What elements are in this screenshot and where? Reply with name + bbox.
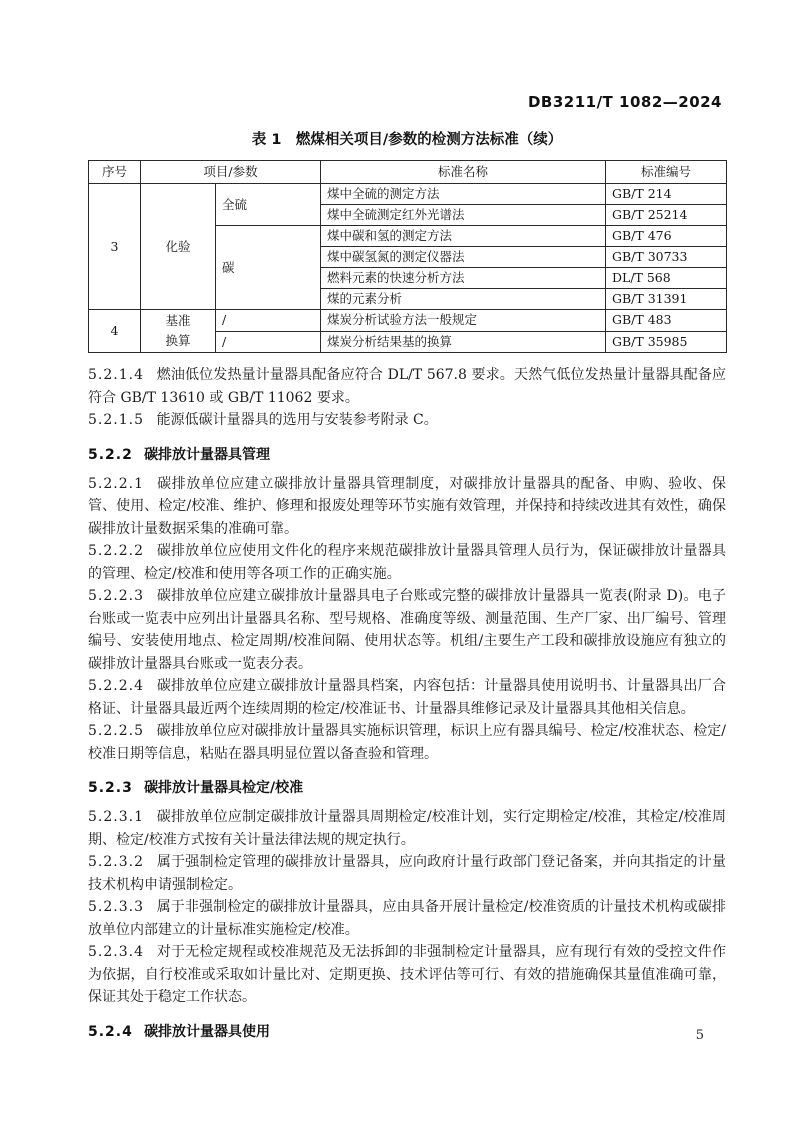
section-text: 碳排放单位应建立碳排放计量器具管理制度，对碳排放计量器具的配备、申购、验收、保管…: [88, 476, 726, 537]
section-number: 5.2.3.1: [88, 809, 144, 825]
standard-name-cell: 煤炭分析试验方法一般规定: [321, 310, 606, 332]
item-cell: 化验: [141, 184, 216, 310]
section-text: 属于非强制检定的碳排放计量器具，应由具备开展计量检定/校准资质的计量技术机构或碳…: [88, 899, 726, 938]
section-number: 5.2.4: [88, 1024, 133, 1040]
section-paragraph: 5.2.1.4燃油低位发热量计量器具配备应符合 DL/T 567.8 要求。天然…: [88, 364, 726, 409]
standard-name-cell: 燃料元素的快速分析方法: [321, 268, 606, 289]
section-text: 燃油低位发热量计量器具配备应符合 DL/T 567.8 要求。天然气低位发热量计…: [88, 367, 726, 406]
detection-standards-table: 序号 项目/参数 标准名称 标准编号 3 化验 全硫 煤中全硫的测定方法 GB/…: [88, 160, 727, 353]
standard-code-cell: GB/T 31391: [606, 289, 727, 310]
section-paragraph: 5.2.3.3属于非强制检定的碳排放计量器具，应由具备开展计量检定/校准资质的计…: [88, 896, 726, 941]
standard-name-cell: 煤中碳氢氮的测定仪器法: [321, 247, 606, 268]
table-row: 4 基准换算 / 煤炭分析试验方法一般规定 GB/T 483: [89, 310, 727, 332]
section-text: 碳排放单位应建立碳排放计量器具档案，内容包括：计量器具使用说明书、计量器具出厂合…: [88, 678, 726, 717]
section-heading: 5.2.4碳排放计量器具使用: [88, 1023, 726, 1041]
standard-code-cell: GB/T 214: [606, 184, 727, 205]
section-paragraph: 5.2.3.4对于无检定规程或校准规范及无法拆卸的非强制检定计量器具，应有现行有…: [88, 941, 726, 1009]
section-paragraph: 5.2.2.5碳排放单位应对碳排放计量器具实施标识管理，标识上应有器具编号、检定…: [88, 720, 726, 765]
section-number: 5.2.3.4: [88, 944, 144, 960]
column-header-item-param: 项目/参数: [141, 161, 321, 184]
section-number: 5.2.3.3: [88, 899, 144, 915]
section-text: 碳排放单位应对碳排放计量器具实施标识管理，标识上应有器具编号、检定/校准状态、检…: [88, 723, 726, 762]
section-paragraph: 5.2.3.1碳排放单位应制定碳排放计量器具周期检定/校准计划，实行定期检定/校…: [88, 806, 726, 851]
standard-name-cell: 煤炭分析结果基的换算: [321, 331, 606, 353]
standard-code-cell: GB/T 35985: [606, 331, 727, 353]
item-cell-label: 基准换算: [166, 311, 191, 351]
section-number: 5.2.2: [88, 447, 133, 463]
standard-name-cell: 煤中全硫测定红外光谱法: [321, 205, 606, 226]
section-number: 5.2.2.1: [88, 476, 144, 492]
table-title: 表 1 燃煤相关项目/参数的检测方法标准（续）: [88, 128, 726, 149]
standard-code-header: DB3211/T 1082—2024: [528, 93, 722, 111]
param-cell: 碳: [216, 226, 321, 310]
section-text: 能源低碳计量器具的选用与安装参考附录 C。: [157, 412, 438, 428]
section-heading: 5.2.3碳排放计量器具检定/校准: [88, 779, 726, 797]
standard-code-cell: GB/T 30733: [606, 247, 727, 268]
standard-code-cell: GB/T 476: [606, 226, 727, 247]
section-text: 碳排放单位应制定碳排放计量器具周期检定/校准计划，实行定期检定/校准，其检定/校…: [88, 809, 726, 848]
section-text: 对于无检定规程或校准规范及无法拆卸的非强制检定计量器具，应有现行有效的受控文件作…: [88, 944, 726, 1005]
section-paragraph: 5.2.2.3碳排放单位应建立碳排放计量器具电子台账或完整的碳排放计量器具一览表…: [88, 585, 726, 675]
serial-cell: 3: [89, 184, 141, 310]
section-heading: 5.2.2碳排放计量器具管理: [88, 446, 726, 464]
item-cell: 基准换算: [141, 310, 216, 353]
section-paragraph: 5.2.2.1碳排放单位应建立碳排放计量器具管理制度，对碳排放计量器具的配备、申…: [88, 473, 726, 541]
section-number: 5.2.2.5: [88, 723, 144, 739]
standard-name-cell: 煤的元素分析: [321, 289, 606, 310]
section-number: 5.2.2.3: [88, 588, 144, 604]
column-header-standard-name: 标准名称: [321, 161, 606, 184]
param-cell: /: [216, 310, 321, 332]
section-number: 5.2.3: [88, 780, 133, 796]
column-header-standard-code: 标准编号: [606, 161, 727, 184]
table-header-row: 序号 项目/参数 标准名称 标准编号: [89, 161, 727, 184]
serial-cell: 4: [89, 310, 141, 353]
column-header-serial: 序号: [89, 161, 141, 184]
section-paragraph: 5.2.2.4碳排放单位应建立碳排放计量器具档案，内容包括：计量器具使用说明书、…: [88, 675, 726, 720]
section-text: 属于强制检定管理的碳排放计量器具，应向政府计量行政部门登记备案，并向其指定的计量…: [88, 854, 726, 893]
standard-name-cell: 煤中全硫的测定方法: [321, 184, 606, 205]
section-number: 5.2.2.4: [88, 678, 144, 694]
section-number: 5.2.1.4: [88, 367, 144, 383]
section-number: 5.2.2.2: [88, 543, 144, 559]
document-page: DB3211/T 1082—2024 表 1 燃煤相关项目/参数的检测方法标准（…: [0, 0, 794, 1123]
page-content: 表 1 燃煤相关项目/参数的检测方法标准（续） 序号 项目/参数 标准名称 标准…: [88, 128, 726, 1050]
section-number: 5.2.3.2: [88, 854, 144, 870]
section-text: 碳排放计量器具使用: [144, 1024, 270, 1040]
page-number: 5: [696, 1028, 704, 1043]
section-paragraph: 5.2.2.2碳排放单位应使用文件化的程序来规范碳排放计量器具管理人员行为，保证…: [88, 540, 726, 585]
param-cell: /: [216, 331, 321, 353]
section-text: 碳排放单位应建立碳排放计量器具电子台账或完整的碳排放计量器具一览表(附录 D)。…: [88, 588, 726, 672]
section-text: 碳排放单位应使用文件化的程序来规范碳排放计量器具管理人员行为，保证碳排放计量器具…: [88, 543, 726, 582]
standard-code-cell: DL/T 568: [606, 268, 727, 289]
standard-code-cell: GB/T 25214: [606, 205, 727, 226]
section-text: 碳排放计量器具管理: [144, 447, 270, 463]
standard-name-cell: 煤中碳和氢的测定方法: [321, 226, 606, 247]
section-number: 5.2.1.5: [88, 412, 144, 428]
table-row: 3 化验 全硫 煤中全硫的测定方法 GB/T 214: [89, 184, 727, 205]
body-sections: 5.2.1.4燃油低位发热量计量器具配备应符合 DL/T 567.8 要求。天然…: [88, 364, 726, 1041]
section-paragraph: 5.2.3.2属于强制检定管理的碳排放计量器具，应向政府计量行政部门登记备案，并…: [88, 851, 726, 896]
standard-code-cell: GB/T 483: [606, 310, 727, 332]
param-cell: 全硫: [216, 184, 321, 226]
section-paragraph: 5.2.1.5能源低碳计量器具的选用与安装参考附录 C。: [88, 409, 726, 432]
section-text: 碳排放计量器具检定/校准: [144, 780, 303, 796]
